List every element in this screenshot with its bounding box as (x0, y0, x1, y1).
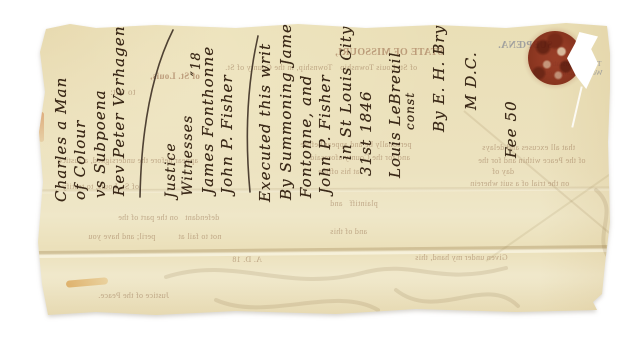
stain (39, 112, 44, 142)
handwriting-line: Executed this writ (258, 43, 273, 202)
handwriting-line: Justice (164, 142, 178, 198)
handwriting-line: M D.C. (464, 51, 479, 110)
handwriting-line: Charles a Man (54, 77, 69, 202)
handwriting-line: By Summoning James (279, 14, 294, 200)
handwriting-line: Louis LeBreuil (388, 52, 403, 178)
handwriting-line: John P. Fisher (318, 74, 333, 194)
handwriting-line: By E. H. Bryan (432, 4, 447, 132)
handwriting-line: in St Louis City (339, 25, 354, 160)
handwriting-area: Charles a Man of Colour vs Subpoena Rev … (48, 26, 548, 204)
handwriting-line: const (404, 92, 416, 130)
handwriting-line: 31st 1846 (359, 90, 374, 176)
paper-shadow: SUBPŒNA. To the Constable We command you… (36, 22, 610, 316)
handwriting-line: Fee 50 (504, 100, 519, 158)
handwriting-line: Witnesses (181, 115, 195, 196)
scan-background: SUBPŒNA. To the Constable We command you… (0, 0, 640, 362)
handwriting-line: of Colour (73, 120, 88, 200)
document-paper: SUBPŒNA. To the Constable We command you… (36, 22, 610, 316)
handwriting-line: vs Subpoena (93, 89, 108, 198)
handwriting-line: Rev Peter Verhagen (112, 25, 127, 196)
handwriting-line: James Fonthonne (201, 46, 216, 194)
handwriting-line: John P. Fisher (220, 74, 235, 194)
handwriting-block: Charles a Man of Colour vs Subpoena Rev … (48, 26, 548, 204)
handwriting-line: Fontonne, and (299, 74, 314, 198)
